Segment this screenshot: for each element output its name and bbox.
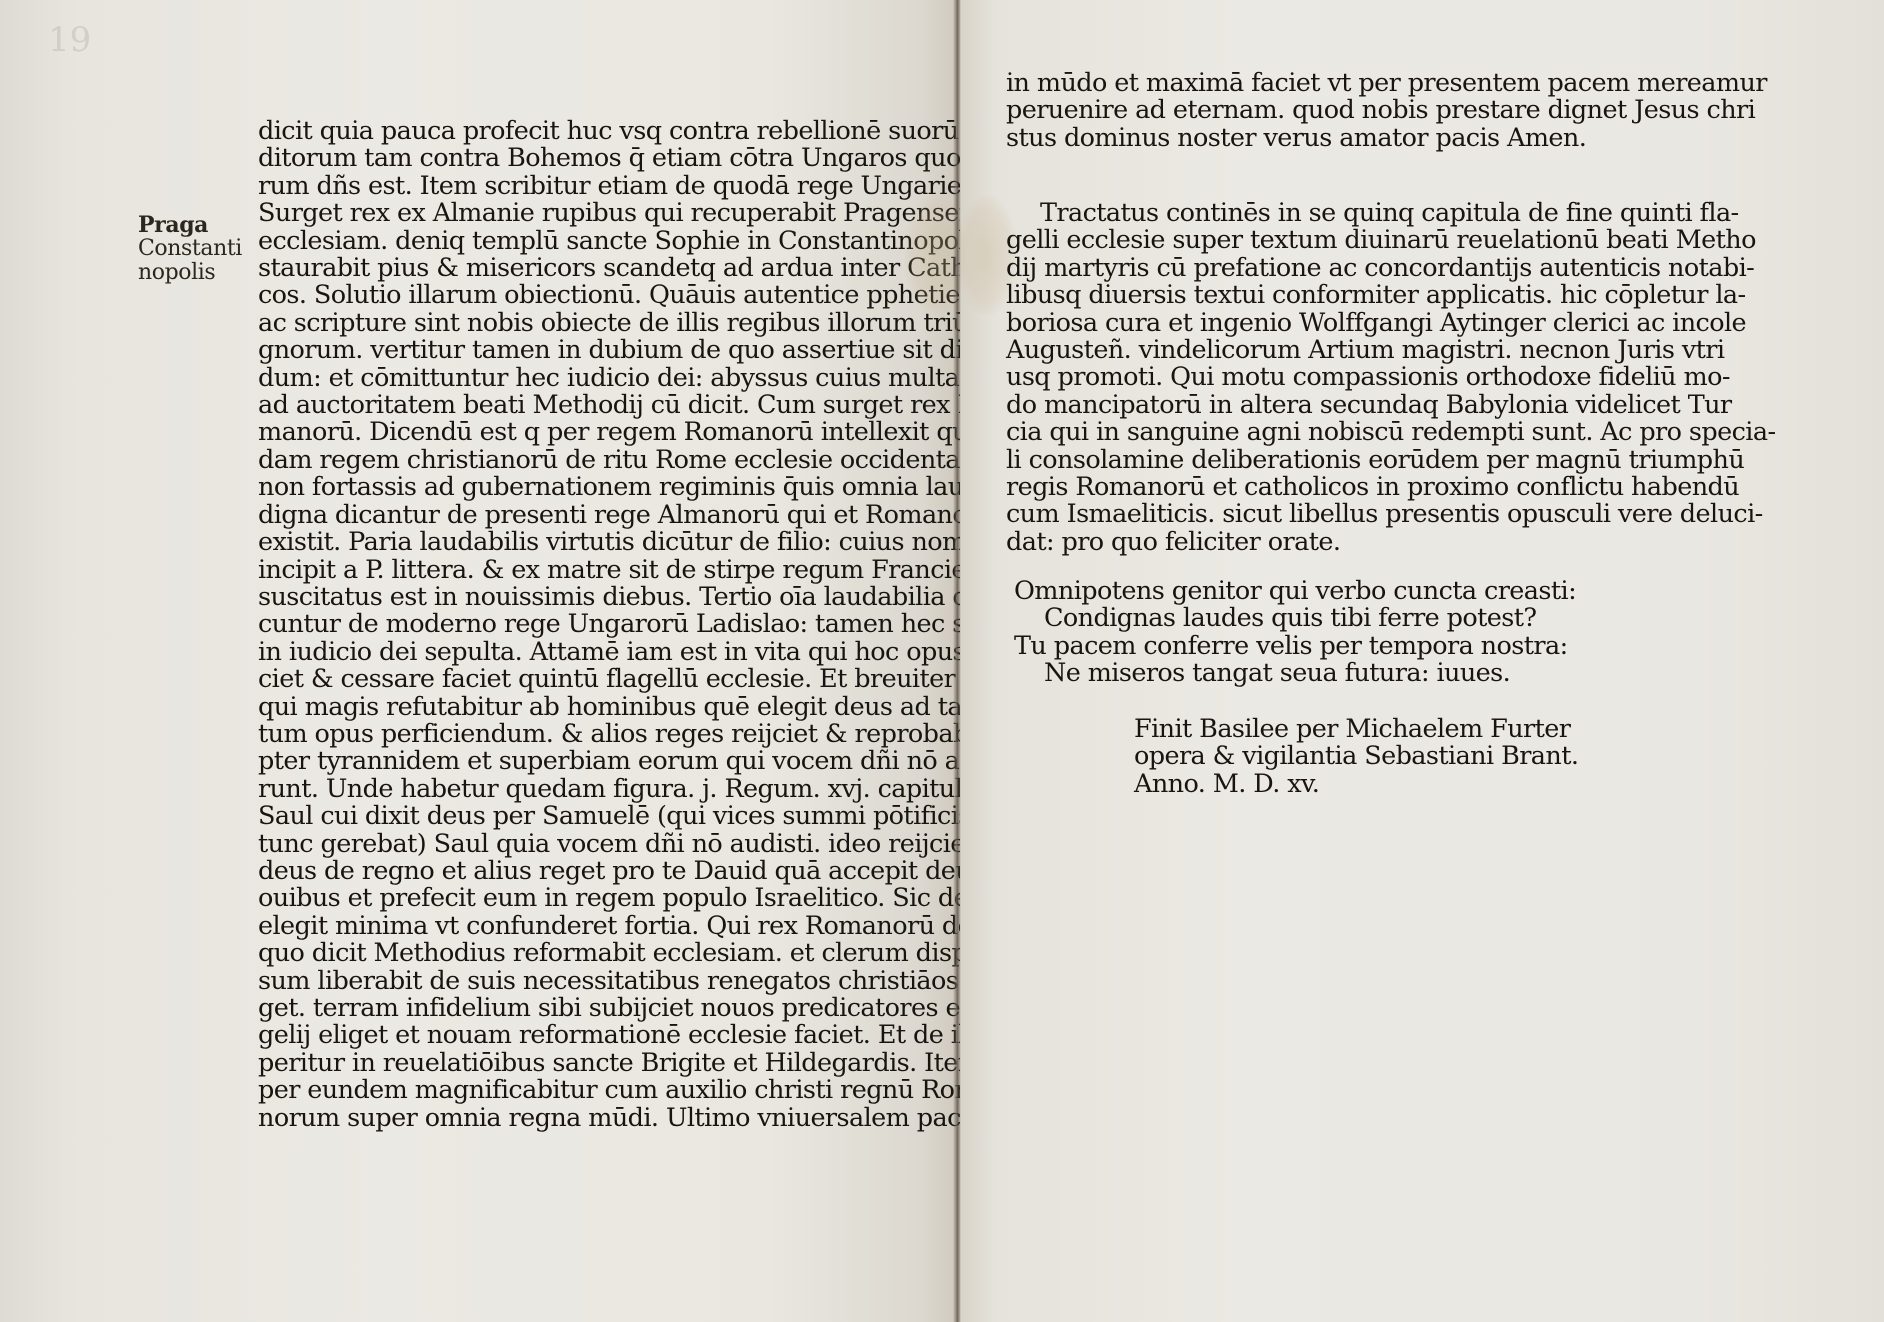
text-line: digna dicantur de presenti rege Almanorū… (258, 502, 1067, 529)
text-line: libusq diuersis textui conformiter appli… (1006, 282, 1775, 309)
text-line: gelij eliget et nouam reformationē eccle… (258, 1022, 1067, 1049)
text-line: gnorum. vertitur tamen in dubium de quo … (258, 337, 1067, 364)
text-line: ad auctoritatem beati Methodij cū dicit.… (258, 392, 1067, 419)
text-line: tum opus perficiendum. & alios reges rei… (258, 721, 1067, 748)
colophon-line: Finit Basilee per Michaelem Furter (1134, 716, 1578, 743)
text-line: Saul cui dixit deus per Samuelē (qui vic… (258, 803, 1067, 830)
text-line: elegit minima vt confunderet fortia. Qui… (258, 913, 1067, 940)
text-line: dicit quia pauca profecit huc vsq contra… (258, 118, 1067, 145)
text-line: get. terram infidelium sibi subijciet no… (258, 995, 1067, 1022)
text-line: peruenire ad eternam. quod nobis prestar… (1006, 97, 1767, 124)
text-line: manorū. Dicendū est q per regem Romanorū… (258, 419, 1067, 446)
marginal-note: Praga Constanti nopolis (138, 213, 242, 285)
text-line: peritur in reuelatiōibus sancte Brigite … (258, 1050, 1067, 1077)
text-line: per eundem magnificabitur cum auxilio ch… (258, 1077, 1067, 1104)
text-line: li consolamine deliberationis eorūdem pe… (1006, 447, 1775, 474)
text-line: norum super omnia regna mūdi. Ultimo vni… (258, 1105, 1067, 1132)
colophon-line: Anno. M. D. xv. (1134, 771, 1578, 798)
text-line: existit. Paria laudabilis virtutis dicūt… (258, 529, 1067, 556)
book-spread: 19 Praga Constanti nopolis dicit quia pa… (0, 0, 1884, 1322)
verse-line: Tu pacem conferre velis per tempora nost… (1014, 633, 1576, 660)
text-line: usq promoti. Qui motu compassionis ortho… (1006, 364, 1775, 391)
colophon-line: opera & vigilantia Sebastiani Brant. (1134, 743, 1578, 770)
text-line: dum: et cōmittuntur hec iudicio dei: aby… (258, 365, 1067, 392)
text-line: deus de regno et alius reget pro te Daui… (258, 858, 1067, 885)
marginal-line: Praga (138, 213, 242, 237)
verse-line: Ne miseros tangat seua futura: iuues. (1014, 660, 1576, 687)
text-line: ouibus et prefecit eum in regem populo I… (258, 885, 1067, 912)
text-line: gelli ecclesie super textum diuinarū reu… (1006, 227, 1775, 254)
verse-line: Omnipotens genitor qui verbo cuncta crea… (1014, 578, 1576, 605)
left-page: 19 Praga Constanti nopolis dicit quia pa… (0, 0, 960, 1322)
text-line: runt. Unde habetur quedam figura. j. Reg… (258, 776, 1067, 803)
text-line: ditorum tam contra Bohemos q̄ etiam cōtr… (258, 145, 1067, 172)
text-line: in mūdo et maximā faciet vt per presente… (1006, 70, 1767, 97)
marginal-line: Constanti (138, 237, 242, 261)
text-line: quo dicit Methodius reformabit ecclesiam… (258, 940, 1067, 967)
text-line: cia qui in sanguine agni nobiscū redempt… (1006, 419, 1775, 446)
text-line: in iudicio dei sepulta. Attamē iam est i… (258, 639, 1067, 666)
text-line: pter tyrannidem et superbiam eorum qui v… (258, 748, 1067, 775)
text-line: do mancipatorū in altera secundaq Babylo… (1006, 392, 1775, 419)
verse-line: Condignas laudes quis tibi ferre potest? (1014, 605, 1576, 632)
text-line: Tractatus continēs in se quinq capitula … (1006, 200, 1775, 227)
text-line: cuntur de moderno rege Ungarorū Ladislao… (258, 611, 1067, 638)
tractatus-paragraph: Tractatus continēs in se quinq capitula … (1006, 200, 1775, 556)
text-line: ciet & cessare faciet quintū flagellū ec… (258, 666, 1067, 693)
text-line: stus dominus noster verus amator pacis A… (1006, 125, 1767, 152)
text-line: Augusteñ. vindelicorum Artium magistri. … (1006, 337, 1775, 364)
text-line: incipit a P. littera. & ex matre sit de … (258, 557, 1067, 584)
text-line: regis Romanorū et catholicos in proximo … (1006, 474, 1775, 501)
text-line: dij martyris cū prefatione ac concordant… (1006, 255, 1775, 282)
text-line: tunc gerebat) Saul quia vocem dñi nō aud… (258, 831, 1067, 858)
text-line: qui magis refutabitur ab hominibus quē e… (258, 694, 1067, 721)
text-line: sum liberabit de suis necessitatibus ren… (258, 968, 1067, 995)
text-line: dat: pro quo feliciter orate. (1006, 529, 1775, 556)
marginal-line: nopolis (138, 261, 242, 285)
text-line: dam regem christianorū de ritu Rome eccl… (258, 447, 1067, 474)
text-line: non fortassis ad gubernationem regiminis… (258, 474, 1067, 501)
text-line: boriosa cura et ingenio Wolffgangi Aytin… (1006, 310, 1775, 337)
text-line: cum Ismaeliticis. sicut libellus present… (1006, 501, 1775, 528)
book-gutter (953, 0, 961, 1322)
right-page-continuation: in mūdo et maximā faciet vt per presente… (1006, 70, 1767, 152)
verse-block: Omnipotens genitor qui verbo cuncta crea… (1014, 578, 1576, 688)
text-line: suscitatus est in nouissimis diebus. Ter… (258, 584, 1067, 611)
faded-mark: 19 (48, 20, 91, 60)
colophon: Finit Basilee per Michaelem Furter opera… (1134, 716, 1578, 798)
